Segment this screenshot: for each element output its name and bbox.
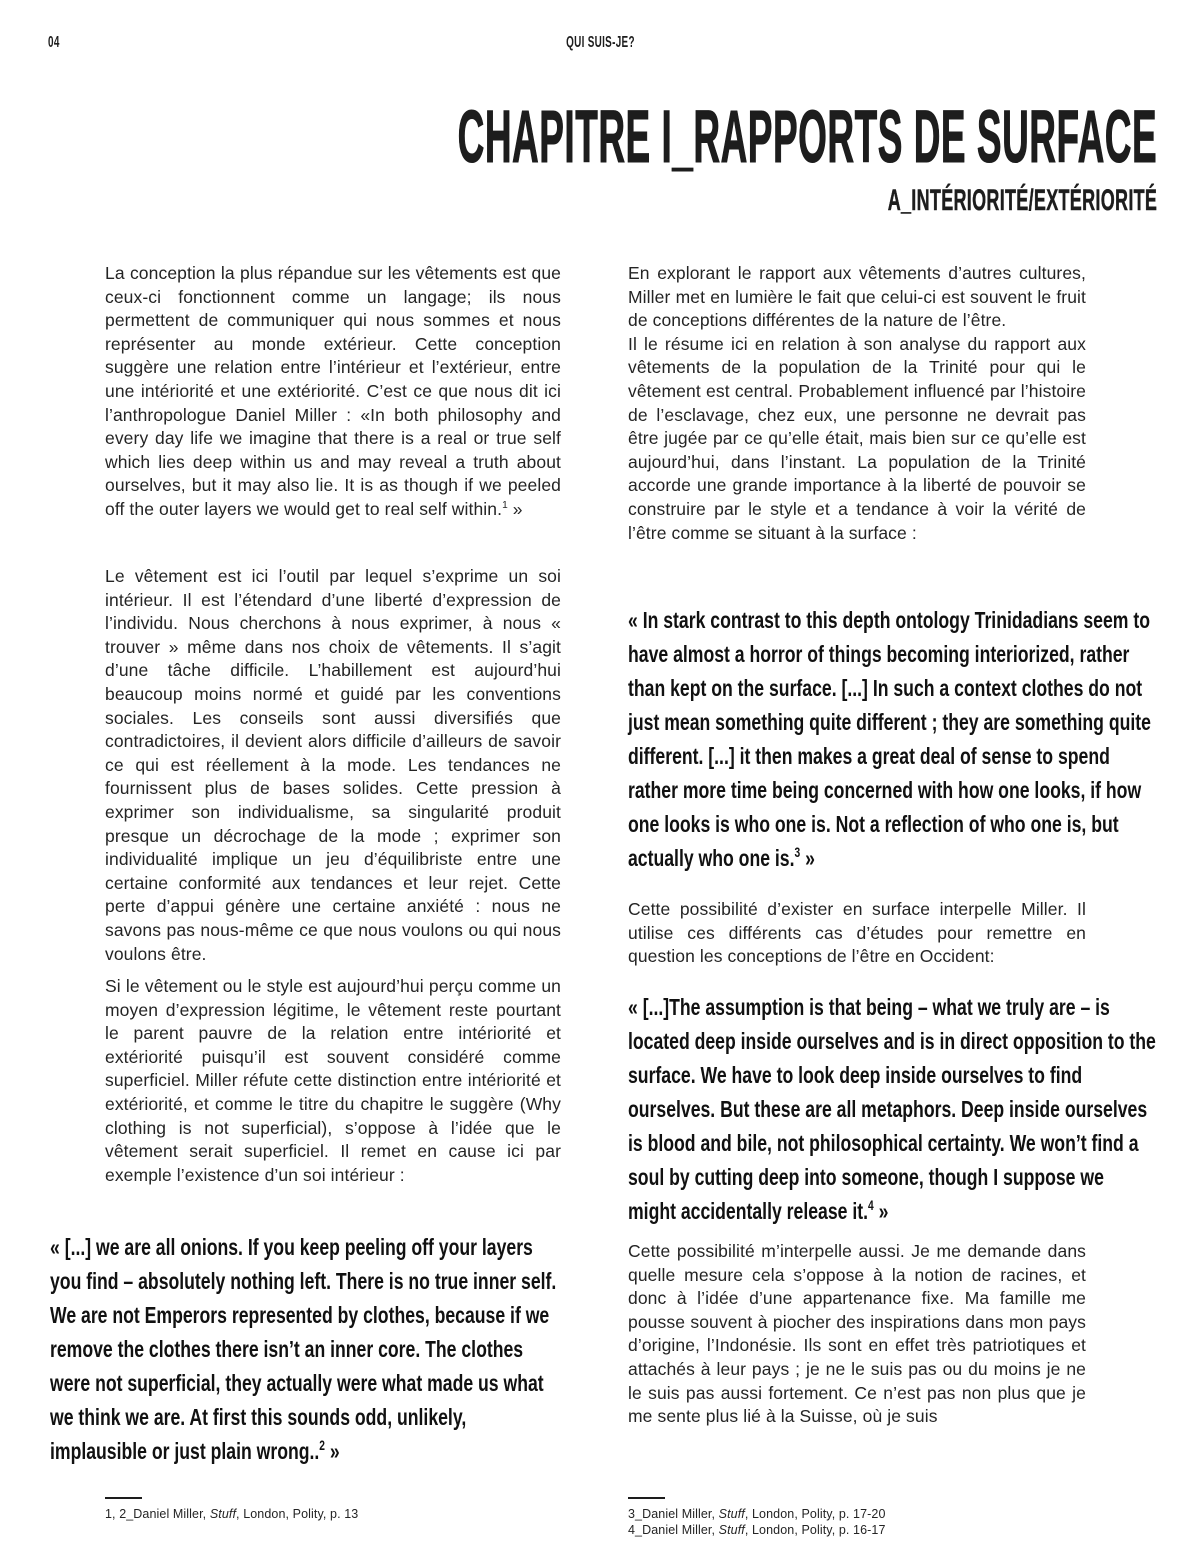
right-paragraph-4: Cette possibilité m’interpelle aussi. Je… — [628, 1240, 1086, 1429]
left-paragraph-1: La conception la plus répandue sur les v… — [105, 262, 561, 522]
paragraph-text: Cette possibilité d’exister en surface i… — [628, 898, 1086, 969]
footnote-line: 4_Daniel Miller, Stuff, London, Polity, … — [628, 1522, 886, 1538]
paragraph-text: Il le résume ici en relation à son analy… — [628, 333, 1086, 545]
paragraph-text: Le vêtement est ici l’outil par lequel s… — [105, 565, 561, 966]
document-page: 04 QUI SUIS-JE? CHAPITRE I_RAPPORTS DE S… — [0, 0, 1200, 1559]
paragraph-text: En explorant le rapport aux vêtements d’… — [628, 262, 1086, 333]
left-paragraph-2: Le vêtement est ici l’outil par lequel s… — [105, 565, 561, 966]
right-paragraphs-1-2: En explorant le rapport aux vêtements d’… — [628, 262, 1086, 545]
pull-quote-assumption: « [...]The assumption is that being – wh… — [628, 990, 1156, 1228]
chapter-title: CHAPITRE I_RAPPORTS DE SURFACE — [457, 100, 1157, 174]
footnote-right: 3_Daniel Miller, Stuff, London, Polity, … — [628, 1506, 886, 1538]
cited-work-title: Stuff — [210, 1507, 236, 1521]
footnote-rule-right — [628, 1497, 665, 1499]
running-title-container: QUI SUIS-JE? — [0, 34, 1200, 52]
pull-quote-onions: « [...] we are all onions. If you keep p… — [50, 1230, 566, 1468]
paragraph-text: La conception la plus répandue sur les v… — [105, 262, 561, 522]
paragraph-text: Cette possibilité m’interpelle aussi. Je… — [628, 1240, 1086, 1429]
paragraph-text: Si le vêtement ou le style est aujourd’h… — [105, 975, 561, 1187]
pull-quote-trinidadians: « In stark contrast to this depth ontolo… — [628, 603, 1156, 875]
cited-work-title: Stuff — [719, 1507, 745, 1521]
right-paragraph-3: Cette possibilité d’exister en surface i… — [628, 898, 1086, 969]
chapter-subtitle: A_INTÉRIORITÉ/EXTÉRIORITÉ — [887, 186, 1157, 216]
cited-work-title: Stuff — [719, 1523, 745, 1537]
left-paragraph-3: Si le vêtement ou le style est aujourd’h… — [105, 975, 561, 1187]
footnote-line: 3_Daniel Miller, Stuff, London, Polity, … — [628, 1506, 886, 1522]
footnote-left: 1, 2_Daniel Miller, Stuff, London, Polit… — [105, 1506, 358, 1522]
chapter-title-line: CHAPITRE I_RAPPORTS DE SURFACE — [0, 100, 1157, 195]
chapter-subtitle-line: A_INTÉRIORITÉ/EXTÉRIORITÉ — [708, 186, 1157, 221]
footnote-rule-left — [105, 1497, 142, 1499]
running-title: QUI SUIS-JE? — [566, 34, 635, 52]
